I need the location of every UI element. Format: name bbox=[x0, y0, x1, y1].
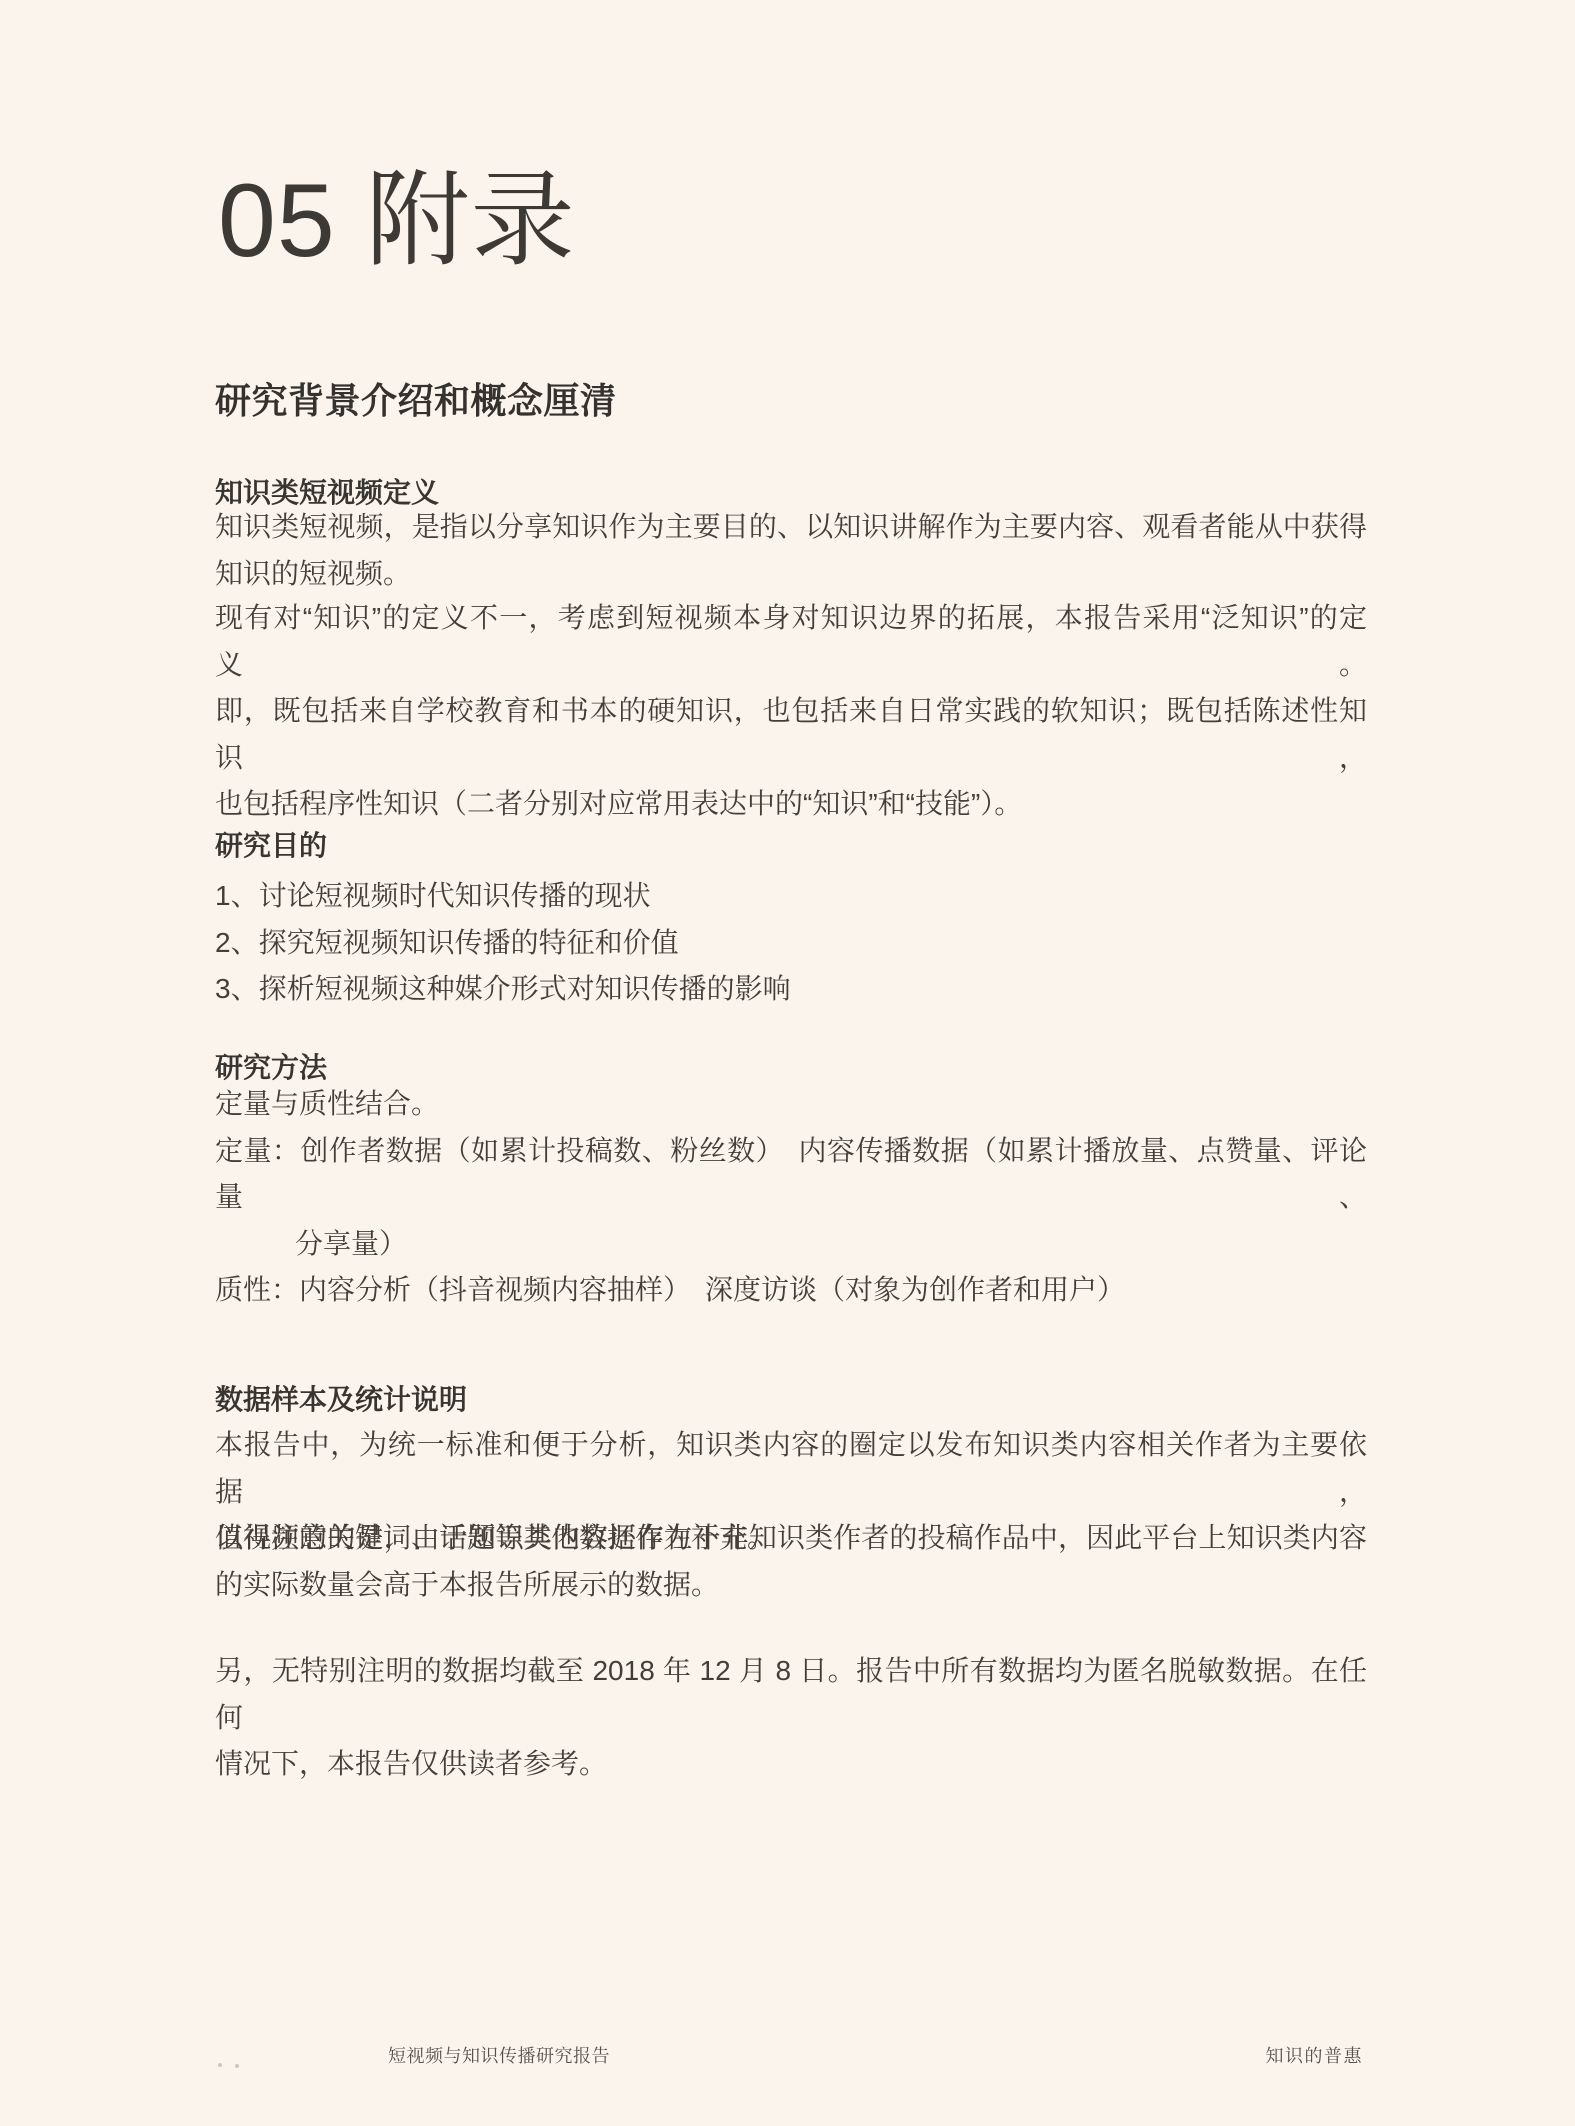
dust-speck bbox=[235, 2064, 239, 2068]
paragraph-line: 的实际数量会高于本报告所展示的数据。 bbox=[215, 1562, 1367, 1609]
footer-left-text: 短视频与知识传播研究报告 bbox=[388, 2044, 610, 2068]
dust-speck bbox=[218, 2063, 222, 2067]
method-intro-line: 定量与质性结合。 bbox=[215, 1081, 1367, 1128]
subheading-purpose: 研究目的 bbox=[215, 822, 1367, 869]
subheading-sample: 数据样本及统计说明 bbox=[215, 1376, 1367, 1423]
paragraph-line: 现有对“知识”的定义不一，考虑到短视频本身对知识边界的拓展，本报告采用“泛知识”… bbox=[215, 595, 1367, 688]
footer-right-text: 知识的普惠 bbox=[1266, 2044, 1364, 2068]
section-heading: 研究背景介绍和概念厘清 bbox=[215, 376, 1367, 426]
paragraph-line: 即，既包括来自学校教育和书本的硬知识，也包括来自日常实践的软知识；既包括陈述性知… bbox=[215, 688, 1367, 781]
paragraph-line: 情况下，本报告仅供读者参考。 bbox=[215, 1741, 1367, 1788]
paragraph-line: 也包括程序性知识（二者分别对应常用表达中的“知识”和“技能”）。 bbox=[215, 781, 1367, 828]
paragraph-line: 知识的短视频。 bbox=[215, 551, 1367, 598]
paragraph-line: 知识类短视频，是指以分享知识作为主要目的、以知识讲解作为主要内容、观看者能从中获… bbox=[215, 504, 1367, 551]
page-title: 05 附录 bbox=[218, 161, 1370, 281]
paragraph-line: 另，无特别注明的数据均截至 2018 年 12 月 8 日。报告中所有数据均为匿… bbox=[215, 1648, 1367, 1741]
method-quant-line: 定量：创作者数据（如累计投稿数、粉丝数） 内容传播数据（如累计播放量、点赞量、评… bbox=[215, 1128, 1367, 1221]
definition-paragraph-1: 知识类短视频，是指以分享知识作为主要目的、以知识讲解作为主要内容、观看者能从中获… bbox=[215, 504, 1367, 597]
report-page: 05 附录 研究背景介绍和概念厘清 知识类短视频定义 知识类短视频，是指以分享知… bbox=[0, 0, 1575, 2126]
list-item: 3、探析短视频这种媒介形式对知识传播的影响 bbox=[215, 966, 1367, 1013]
list-item: 1、讨论短视频时代知识传播的现状 bbox=[215, 873, 1367, 920]
purpose-list: 1、讨论短视频时代知识传播的现状 2、探究短视频知识传播的特征和价值 3、探析短… bbox=[215, 873, 1367, 1013]
list-item: 2、探究短视频知识传播的特征和价值 bbox=[215, 920, 1367, 967]
paragraph-line: 值得注意的是，由于知识类内容还存在于非知识类作者的投稿作品中，因此平台上知识类内… bbox=[215, 1515, 1367, 1562]
paragraph-line: 本报告中，为统一标准和便于分析，知识类内容的圈定以发布知识类内容相关作者为主要依… bbox=[215, 1422, 1367, 1515]
sample-paragraph-3: 另，无特别注明的数据均截至 2018 年 12 月 8 日。报告中所有数据均为匿… bbox=[215, 1648, 1367, 1788]
method-quant-line: 分享量） bbox=[215, 1221, 1367, 1268]
method-qual-line: 质性：内容分析（抖音视频内容抽样） 深度访谈（对象为创作者和用户） bbox=[215, 1267, 1367, 1314]
method-block: 定量与质性结合。 定量：创作者数据（如累计投稿数、粉丝数） 内容传播数据（如累计… bbox=[215, 1081, 1367, 1314]
definition-paragraph-2: 现有对“知识”的定义不一，考虑到短视频本身对知识边界的拓展，本报告采用“泛知识”… bbox=[215, 595, 1367, 828]
sample-paragraph-2: 值得注意的是，由于知识类内容还存在于非知识类作者的投稿作品中，因此平台上知识类内… bbox=[215, 1515, 1367, 1608]
